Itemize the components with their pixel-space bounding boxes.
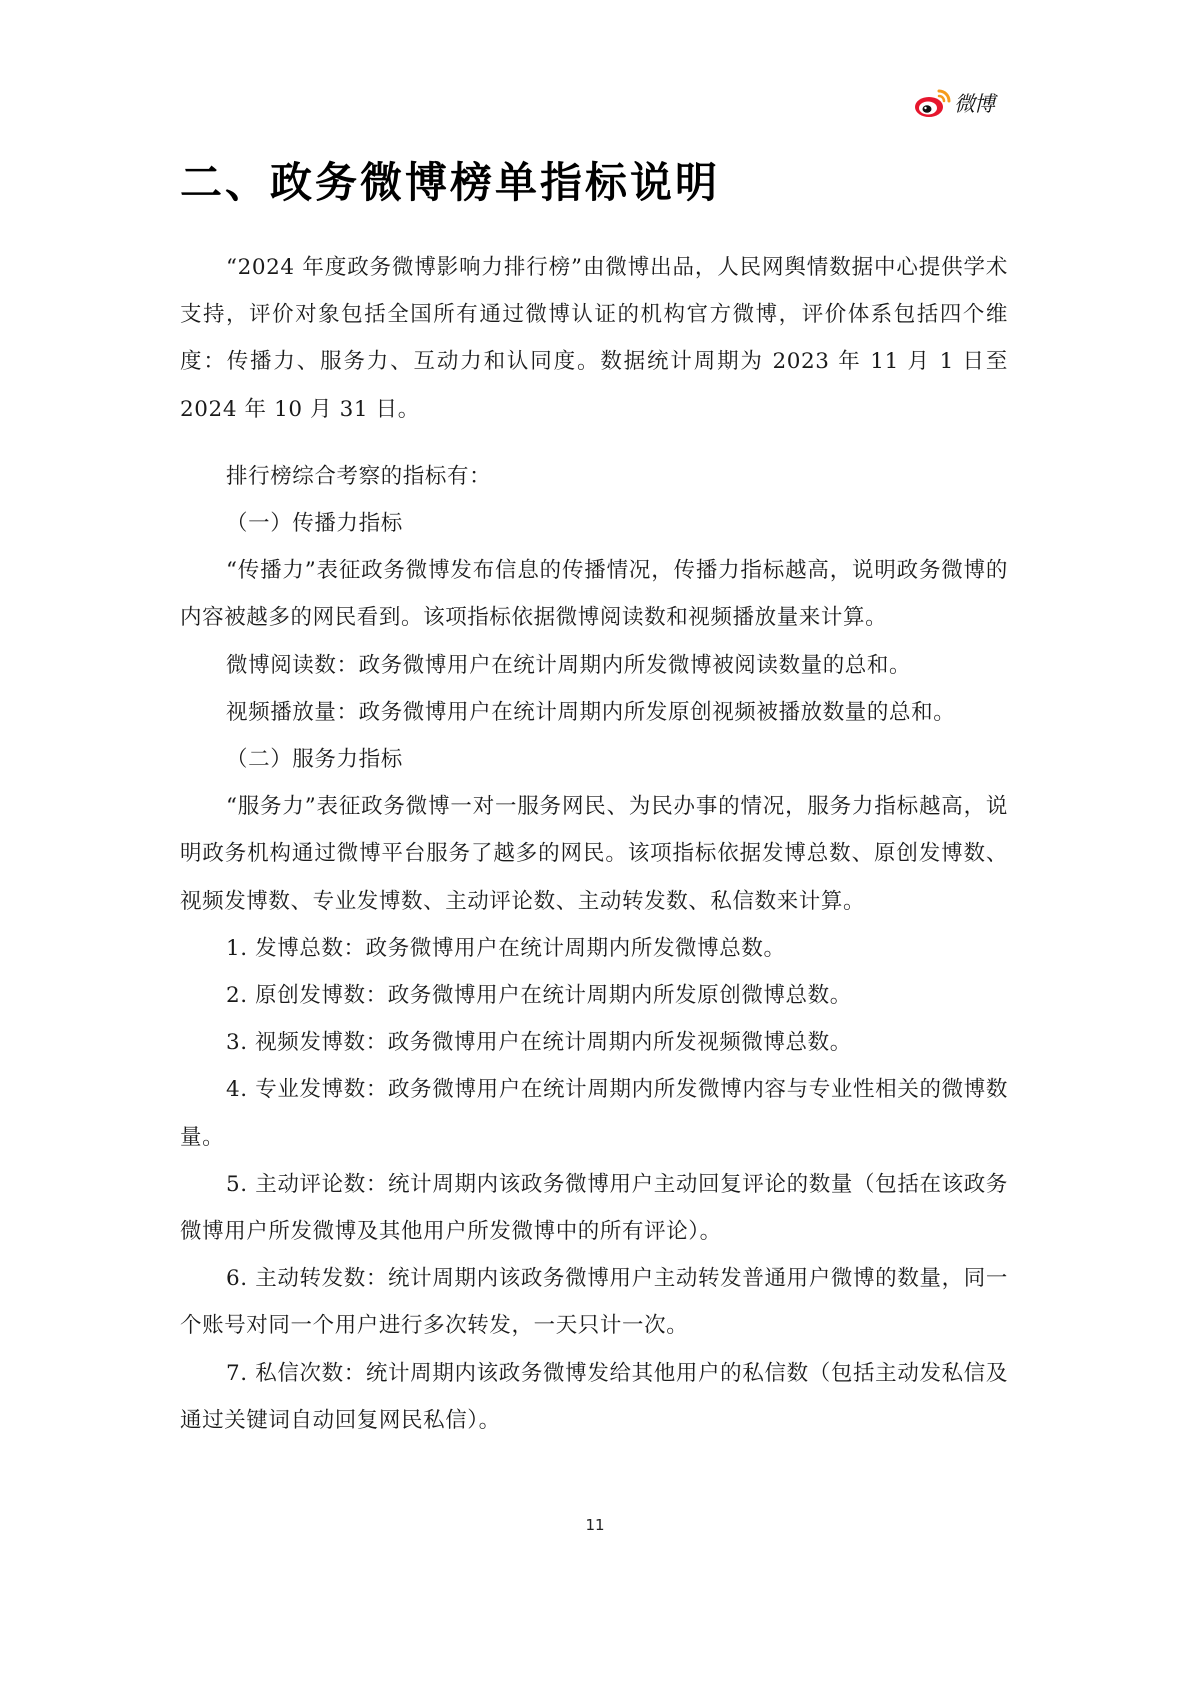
metric-active-comments: 5. 主动评论数：统计周期内该政务微博用户主动回复评论的数量（包括在该政务微博用… (180, 1161, 1008, 1255)
logo-text: 微博 (954, 88, 994, 118)
section-heading-service: （二）服务力指标 (180, 736, 1008, 783)
weibo-logo: 微博 (913, 86, 1013, 120)
metric-read-count: 微博阅读数：政务微博用户在统计周期内所发微博被阅读数量的总和。 (180, 642, 1008, 689)
intro-paragraph: “2024 年度政务微博影响力排行榜”由微博出品，人民网舆情数据中心提供学术支持… (180, 244, 1008, 433)
metric-private-messages: 7. 私信次数：统计周期内该政务微博发给其他用户的私信数（包括主动发私信及通过关… (180, 1350, 1008, 1444)
page-number: 11 (0, 1516, 1190, 1534)
metric-total-posts: 1. 发博总数：政务微博用户在统计周期内所发微博总数。 (180, 925, 1008, 972)
section-heading-propagation: （一）传播力指标 (180, 500, 1008, 547)
propagation-description: “传播力”表征政务微博发布信息的传播情况，传播力指标越高，说明政务微博的内容被越… (180, 547, 1008, 641)
metric-active-reposts: 6. 主动转发数：统计周期内该政务微博用户主动转发普通用户微博的数量，同一个账号… (180, 1255, 1008, 1349)
page-title: 二、政务微博榜单指标说明 (180, 150, 720, 210)
metric-original-posts: 2. 原创发博数：政务微博用户在统计周期内所发原创微博总数。 (180, 972, 1008, 1019)
indicators-intro: 排行榜综合考察的指标有： (180, 453, 1008, 500)
metric-professional-posts: 4. 专业发博数：政务微博用户在统计周期内所发微博内容与专业性相关的微博数量。 (180, 1066, 1008, 1160)
document-body: “2024 年度政务微博影响力排行榜”由微博出品，人民网舆情数据中心提供学术支持… (180, 244, 1008, 1444)
metric-video-plays: 视频播放量：政务微博用户在统计周期内所发原创视频被播放数量的总和。 (180, 689, 1008, 736)
weibo-eye-logo-icon (913, 87, 953, 119)
service-description: “服务力”表征政务微博一对一服务网民、为民办事的情况，服务力指标越高，说明政务机… (180, 783, 1008, 925)
metric-video-posts: 3. 视频发博数：政务微博用户在统计周期内所发视频微博总数。 (180, 1019, 1008, 1066)
